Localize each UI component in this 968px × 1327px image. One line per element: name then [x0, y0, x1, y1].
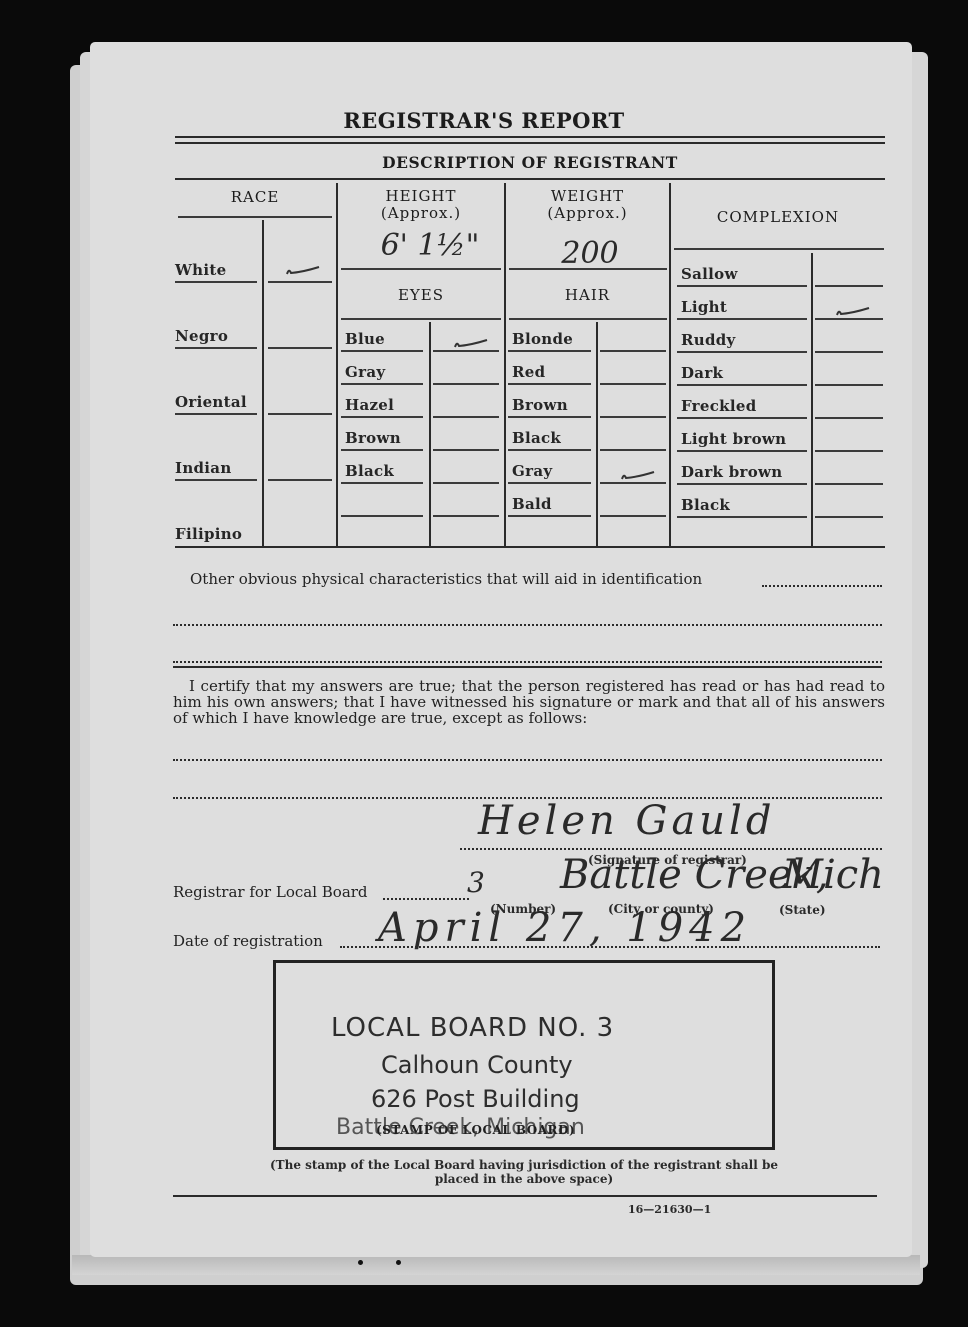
race-option-label: Negro	[175, 327, 228, 345]
hair-option-rule	[508, 482, 591, 484]
height-underline	[341, 268, 501, 270]
complexion-checkbox-line[interactable]	[815, 516, 883, 518]
hair-check-divider	[596, 322, 598, 546]
weight-header: WEIGHT	[506, 188, 669, 205]
table-bottom-rule	[175, 546, 885, 548]
title-rule	[175, 136, 885, 138]
eyes-option-label: Brown	[345, 429, 401, 447]
date-value[interactable]: April 27, 1942	[378, 905, 752, 951]
weight-value[interactable]: 200	[530, 236, 650, 271]
complexion-option-label: Dark brown	[681, 463, 782, 481]
local-board-label: Registrar for Local Board	[173, 883, 368, 901]
checkmark-icon	[283, 263, 313, 273]
complexion-header-rule	[674, 248, 884, 250]
hair-option-rule	[508, 515, 591, 517]
complexion-option-rule	[677, 450, 807, 452]
race-option-label: Filipino	[175, 525, 242, 543]
eyes-option-rule	[341, 383, 423, 385]
hair-option-rule	[508, 350, 591, 352]
hair-option-rule	[508, 449, 591, 451]
exceptions-field-line1[interactable]	[173, 759, 882, 761]
complexion-checkbox-line[interactable]	[815, 483, 883, 485]
complexion-option-label: Sallow	[681, 265, 738, 283]
footer-rule	[173, 1195, 877, 1197]
hair-header: HAIR	[506, 287, 669, 304]
eyes-option-label: Black	[345, 462, 394, 480]
state-caption: (State)	[779, 903, 826, 917]
complexion-option-rule	[677, 417, 807, 419]
column-divider	[669, 183, 671, 546]
complexion-option-rule	[677, 516, 807, 518]
eyes-checkbox-line[interactable]	[433, 449, 499, 451]
stamp-line-board: LOCAL BOARD NO. 3	[331, 1013, 614, 1043]
eyes-option-rule	[341, 416, 423, 418]
checkmark-icon	[451, 336, 481, 346]
hair-option-label: Bald	[512, 495, 552, 513]
other-characteristics-label: Other obvious physical characteristics t…	[190, 570, 702, 588]
section-title: DESCRIPTION OF REGISTRANT	[175, 153, 885, 172]
other-characteristics-field[interactable]	[762, 585, 882, 587]
weight-header-sub: (Approx.)	[506, 205, 669, 222]
column-divider	[336, 183, 338, 546]
page-title: REGISTRAR'S REPORT	[0, 108, 968, 133]
eyes-option-label: Hazel	[345, 396, 394, 414]
eyes-checkbox-line[interactable]	[433, 482, 499, 484]
hair-checkbox-line[interactable]	[600, 416, 666, 418]
complexion-option-label: Light	[681, 298, 727, 316]
complexion-option-label: Freckled	[681, 397, 757, 415]
eyes-checkbox-line[interactable]	[433, 416, 499, 418]
complexion-checkbox-line[interactable]	[815, 417, 883, 419]
hair-option-label: Red	[512, 363, 545, 381]
complexion-option-label: Dark	[681, 364, 723, 382]
certification-text: I certify that my answers are true; that…	[173, 678, 885, 726]
registrar-signature[interactable]: Helen Gauld	[478, 798, 775, 844]
complexion-check-divider	[811, 253, 813, 546]
race-option-rule	[175, 479, 257, 481]
other-characteristics-field-line2[interactable]	[173, 624, 882, 626]
form-number: 16—21630—1	[628, 1203, 711, 1216]
local-board-state[interactable]: Mich	[782, 852, 884, 898]
stamp-line-address: 626 Post Building	[371, 1085, 580, 1113]
hair-option-rule	[508, 416, 591, 418]
complexion-option-rule	[677, 285, 807, 287]
weight-underline	[509, 268, 667, 270]
complexion-option-label: Ruddy	[681, 331, 736, 349]
eyes-header: EYES	[338, 287, 504, 304]
complexion-option-rule	[677, 318, 807, 320]
race-option-label: Indian	[175, 459, 232, 477]
hair-option-label: Blonde	[512, 330, 573, 348]
eyes-option-label: Blue	[345, 330, 385, 348]
title-rule	[175, 142, 885, 144]
eyes-option-rule	[341, 482, 423, 484]
race-checkbox-line[interactable]	[268, 479, 332, 481]
paper-edge-shadow	[72, 1255, 920, 1275]
local-board-number[interactable]: 3	[467, 866, 485, 899]
checkmark-icon	[618, 468, 648, 478]
eyes-checkbox-line[interactable]	[433, 515, 499, 517]
hair-checkbox-line[interactable]	[600, 449, 666, 451]
race-check-divider	[262, 220, 264, 546]
complexion-checkbox-line[interactable]	[815, 351, 883, 353]
complexion-option-label: Light brown	[681, 430, 786, 448]
race-option-label: White	[175, 261, 226, 279]
complexion-header: COMPLEXION	[671, 209, 885, 226]
eyes-option-rule	[341, 515, 423, 517]
table-top-rule	[175, 178, 885, 180]
complexion-checkbox-line[interactable]	[815, 450, 883, 452]
hair-option-label: Black	[512, 429, 561, 447]
race-option-rule	[175, 413, 257, 415]
column-divider	[504, 183, 506, 546]
complexion-option-rule	[677, 351, 807, 353]
race-header: RACE	[175, 189, 335, 206]
hair-option-label: Gray	[512, 462, 552, 480]
race-option-rule	[175, 347, 257, 349]
hair-checkbox-line[interactable]	[600, 515, 666, 517]
punch-hole-mark	[396, 1260, 401, 1265]
hair-header-rule	[509, 318, 667, 320]
stamp-note: (The stamp of the Local Board having jur…	[268, 1158, 780, 1186]
race-checkbox-line[interactable]	[268, 413, 332, 415]
checkmark-icon	[833, 304, 863, 314]
height-header: HEIGHT	[338, 188, 504, 205]
race-checkbox-line[interactable]	[268, 281, 332, 283]
race-header-rule	[178, 216, 332, 218]
complexion-option-rule	[677, 384, 807, 386]
complexion-checkbox-line[interactable]	[815, 285, 883, 287]
eyes-checkbox-line[interactable]	[433, 383, 499, 385]
local-board-stamp-box: LOCAL BOARD NO. 3 Calhoun County 626 Pos…	[273, 960, 775, 1150]
punch-hole-mark	[358, 1260, 363, 1265]
hair-checkbox-line[interactable]	[600, 350, 666, 352]
height-value[interactable]: 6' 1½"	[360, 228, 500, 263]
signature-line	[460, 848, 882, 850]
hair-option-rule	[508, 383, 591, 385]
hair-checkbox-line[interactable]	[600, 383, 666, 385]
stamp-line-county: Calhoun County	[381, 1051, 573, 1079]
eyes-option-rule	[341, 350, 423, 352]
date-label: Date of registration	[173, 932, 323, 950]
eyes-check-divider	[429, 322, 431, 546]
section-rule	[173, 666, 882, 668]
height-header-sub: (Approx.)	[338, 205, 504, 222]
local-board-number-line	[383, 898, 469, 900]
complexion-option-rule	[677, 483, 807, 485]
hair-option-label: Brown	[512, 396, 568, 414]
race-option-label: Oriental	[175, 393, 247, 411]
race-option-rule	[175, 281, 257, 283]
eyes-option-rule	[341, 449, 423, 451]
race-checkbox-line[interactable]	[268, 347, 332, 349]
stamp-caption: (STAMP OF LOCAL BOARD)	[376, 1123, 575, 1137]
complexion-option-label: Black	[681, 496, 730, 514]
eyes-header-rule	[341, 318, 501, 320]
other-characteristics-field-line3[interactable]	[173, 661, 882, 663]
eyes-option-label: Gray	[345, 363, 385, 381]
complexion-checkbox-line[interactable]	[815, 384, 883, 386]
